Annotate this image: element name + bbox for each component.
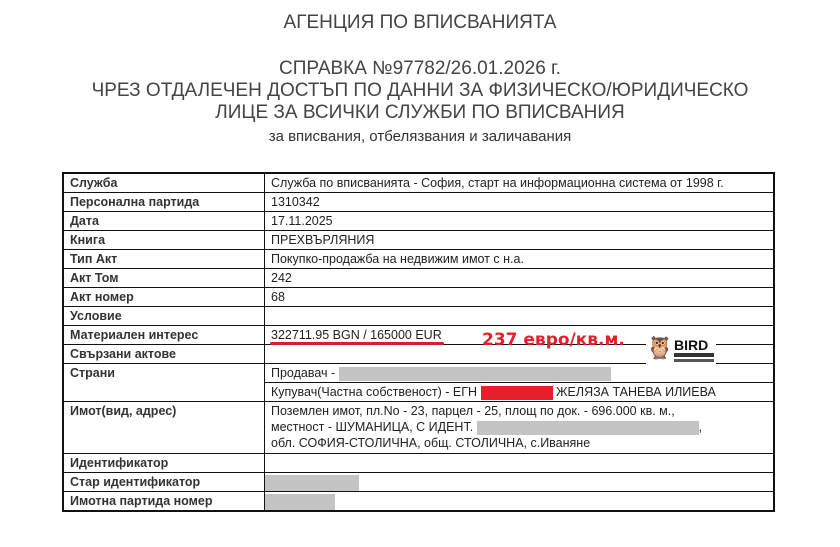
table-row: Стар идентификатор xyxy=(63,473,774,492)
subtitle: за вписвания, отбелязвания и заличавания xyxy=(0,128,840,145)
redacted-ident xyxy=(477,421,699,435)
bird-logo: 🦉 BIRD xyxy=(646,333,716,365)
row-label: Стар идентификатор xyxy=(63,473,265,492)
logo-stripe xyxy=(674,353,714,357)
table-row: Условие xyxy=(63,307,774,326)
price-per-sqm-annotation: 237 евро/кв.м. xyxy=(482,330,625,350)
row-label: Тип Акт xyxy=(63,250,265,269)
row-label: Страни xyxy=(63,364,265,402)
row-label: Имот(вид, адрес) xyxy=(63,402,265,454)
row-label: Условие xyxy=(63,307,265,326)
seller-cell: Продавач - xyxy=(265,364,775,383)
table-row: Дата17.11.2025 xyxy=(63,212,774,231)
title-line-2: ЧРЕЗ ОТДАЛЕЧЕН ДОСТЪП ПО ДАННИ ЗА ФИЗИЧЕ… xyxy=(0,80,840,102)
property-cell: Поземлен имот, пл.No - 23, парцел - 25, … xyxy=(265,402,775,454)
table-row: Акт номер68 xyxy=(63,288,774,307)
buyer-name: ЖЕЛЯЗА ТАНЕВА ИЛИЕВА xyxy=(556,385,716,399)
redacted-egn xyxy=(481,386,553,400)
row-label: Идентификатор xyxy=(63,454,265,473)
table-row: Персонална партида1310342 xyxy=(63,193,774,212)
buyer-prefix: Купувач(Частна собственост) - ЕГН xyxy=(271,385,477,399)
row-value xyxy=(265,492,775,512)
row-label: Дата xyxy=(63,212,265,231)
row-label: Свързани актове xyxy=(63,345,265,364)
buyer-cell: Купувач(Частна собственост) - ЕГН ЖЕЛЯЗА… xyxy=(265,383,775,402)
logo-stripe xyxy=(674,359,714,362)
row-label: Персонална партида xyxy=(63,193,265,212)
material-interest-value: 322711.95 BGN / 165000 EUR xyxy=(271,328,442,342)
row-value xyxy=(265,454,775,473)
row-label: Имотна партида номер xyxy=(63,492,265,512)
row-label: Акт номер xyxy=(63,288,265,307)
title-line-3: ЛИЦЕ ЗА ВСИЧКИ СЛУЖБИ ПО ВПИСВАНИЯ xyxy=(0,102,840,124)
row-value: Служба по вписванията - София, старт на … xyxy=(265,173,775,193)
table-row: СтраниПродавач - xyxy=(63,364,774,383)
row-value: 17.11.2025 xyxy=(265,212,775,231)
row-value: 1310342 xyxy=(265,193,775,212)
redacted-seller xyxy=(339,367,611,381)
row-value: 242 xyxy=(265,269,775,288)
table-row: Акт Том242 xyxy=(63,269,774,288)
table-row: Тип АктПокупко-продажба на недвижим имот… xyxy=(63,250,774,269)
redacted-old-id xyxy=(265,475,359,491)
row-value: ПРЕХВЪРЛЯНИЯ xyxy=(265,231,775,250)
row-value xyxy=(265,473,775,492)
row-value xyxy=(265,307,775,326)
owl-icon: 🦉 xyxy=(646,333,673,363)
table-row: Имот(вид, адрес)Поземлен имот, пл.No - 2… xyxy=(63,402,774,454)
table-row: Идентификатор xyxy=(63,454,774,473)
table-row: СлужбаСлужба по вписванията - София, ста… xyxy=(63,173,774,193)
reference-title: СПРАВКА №97782/26.01.2026 г. xyxy=(0,58,840,80)
row-label: Книга xyxy=(63,231,265,250)
row-value: Покупко-продажба на недвижим имот с н.а. xyxy=(265,250,775,269)
row-value: 68 xyxy=(265,288,775,307)
table-row: КнигаПРЕХВЪРЛЯНИЯ xyxy=(63,231,774,250)
row-label: Акт Том xyxy=(63,269,265,288)
seller-prefix: Продавач - xyxy=(271,366,335,380)
row-label: Материален интерес xyxy=(63,326,265,345)
table-row: Имотна партида номер xyxy=(63,492,774,512)
logo-text: BIRD xyxy=(674,337,708,353)
redacted-partida xyxy=(265,494,335,510)
agency-title: АГЕНЦИЯ ПО ВПИСВАНИЯТА xyxy=(0,12,840,34)
row-label: Служба xyxy=(63,173,265,193)
